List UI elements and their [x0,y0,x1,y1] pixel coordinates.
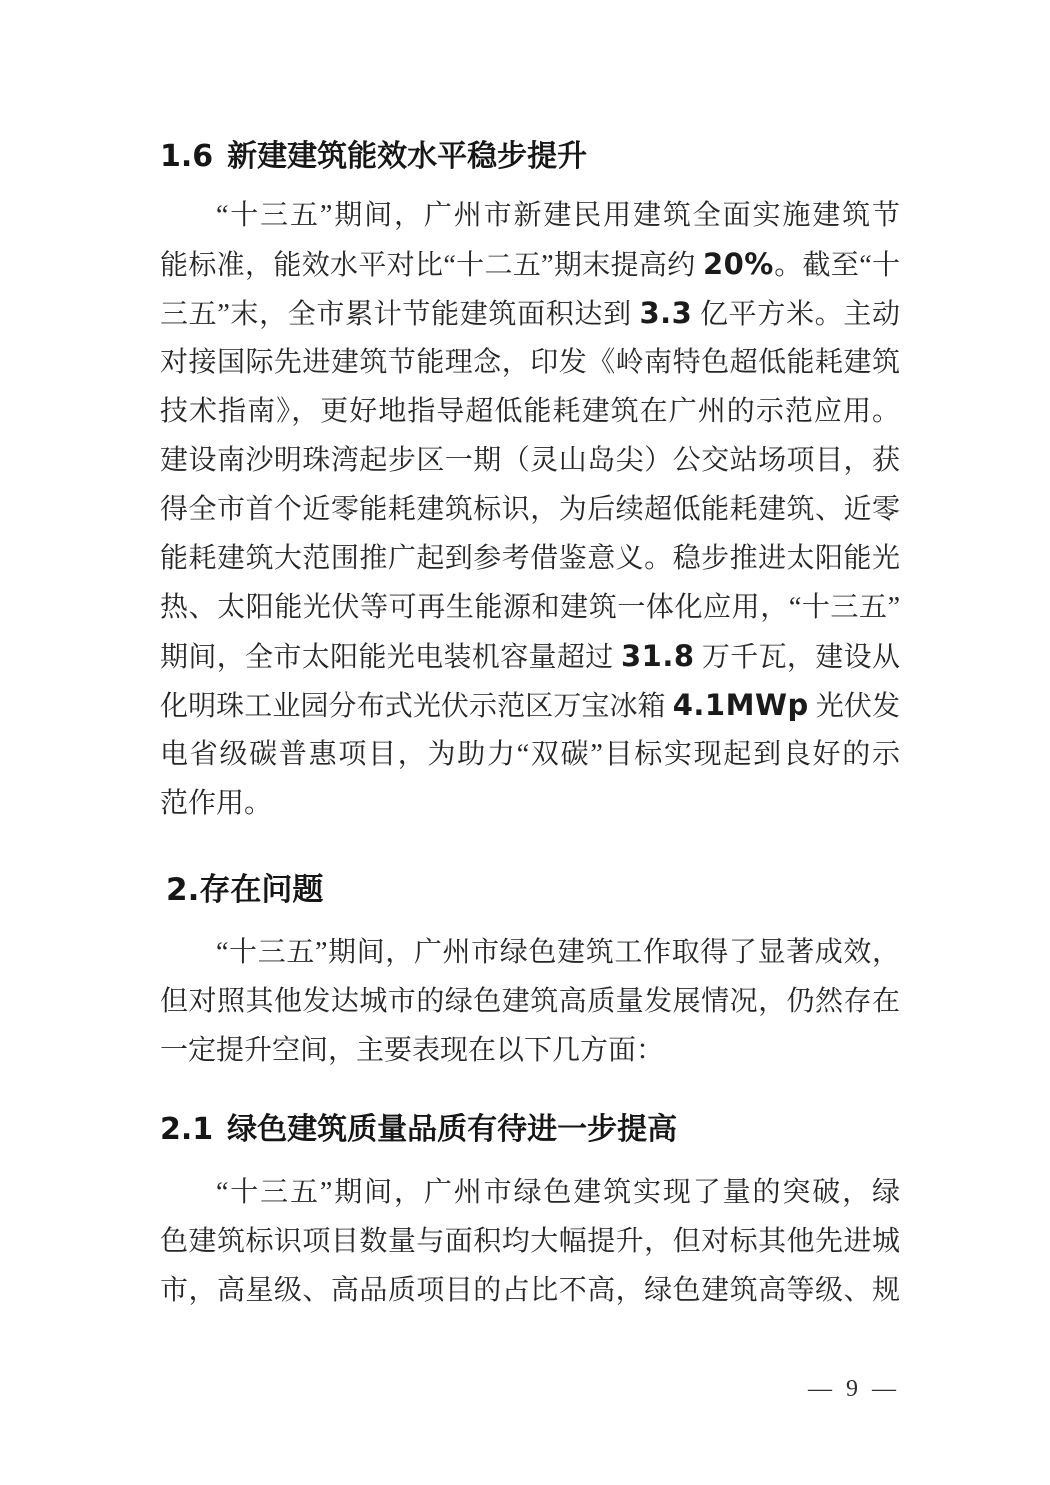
heading-number: 2. [166,872,199,908]
text-run: “十三五”期间，广州市绿色建筑工作取得了显著成效， [216,937,900,968]
paragraph-existing-problems-intro: “十三五”期间，广州市绿色建筑工作取得了显著成效，但对照其他发达城市的绿色建筑高… [160,928,900,1075]
text-line: 三五”末，全市累计节能建筑面积达到 3.3 亿平方米。主动 [160,289,900,338]
text-line: 但对照其他发达城市的绿色建筑高质量发展情况，仍然存在 [160,977,900,1026]
text-line: 建设南沙明珠湾起步区一期（灵山岛尖）公交站场项目，获 [160,436,900,485]
text-line: “十三五”期间，广州市新建民用建筑全面实施建筑节 [160,191,900,240]
emphasized-number: 3.3 [639,296,692,330]
document-page: 1.6新建建筑能效水平稳步提升 “十三五”期间，广州市新建民用建筑全面实施建筑节… [0,0,1050,1485]
text-line: 色建筑标识项目数量与面积均大幅提升，但对标其他先进城 [160,1217,900,1266]
emphasized-number: 4.1MWp [673,688,809,722]
text-line: 化明珠工业园分布式光伏示范区万宝冰箱 4.1MWp 光伏发 [160,681,900,730]
heading-title: 绿色建筑质量品质有待进一步提高 [227,1113,677,1146]
text-line: “十三五”期间，广州市绿色建筑实现了量的突破，绿 [160,1168,900,1217]
section-heading-2: 2.存在问题 [166,871,323,909]
text-line: 得全市首个近零能耗建筑标识，为后续超低能耗建筑、近零 [160,485,900,534]
text-run: 化明珠工业园分布式光伏示范区万宝冰箱 [160,691,673,722]
emphasized-number: 20% [703,247,774,281]
text-run: “十三五”期间，广州市新建民用建筑全面实施建筑节 [216,200,900,231]
text-line: 电省级碳普惠项目，为助力“双碳”目标实现起到良好的示 [160,730,900,779]
text-run: 亿平方米。主动 [692,299,900,330]
text-line: 技术指南》，更好地指导超低能耗建筑在广州的示范应用。 [160,387,900,436]
text-run: 能耗建筑大范围推广起到参考借鉴意义。稳步推进太阳能光 [160,543,900,574]
text-line: 能标准，能效水平对比“十二五”期末提高约 20%。截至“十 [160,240,900,289]
text-line: 对接国际先进建筑节能理念，印发《岭南特色超低能耗建筑 [160,338,900,387]
text-line: 能耗建筑大范围推广起到参考借鉴意义。稳步推进太阳能光 [160,534,900,583]
paragraph-quality-improvement: “十三五”期间，广州市绿色建筑实现了量的突破，绿色建筑标识项目数量与面积均大幅提… [160,1168,900,1315]
emphasized-number: 31.8 [621,639,695,673]
text-run: 建设南沙明珠湾起步区一期（灵山岛尖）公交站场项目，获 [160,445,900,476]
text-line: 热、太阳能光伏等可再生能源和建筑一体化应用，“十三五” [160,583,900,632]
text-line: “十三五”期间，广州市绿色建筑工作取得了显著成效， [160,928,900,977]
text-run: 对接国际先进建筑节能理念，印发《岭南特色超低能耗建筑 [160,347,900,378]
text-run: 。截至“十 [774,250,900,281]
text-run: 能标准，能效水平对比“十二五”期末提高约 [160,250,703,281]
text-run: “十三五”期间，广州市绿色建筑实现了量的突破，绿 [216,1177,900,1208]
text-run: 期间，全市太阳能光电装机容量超过 [160,642,621,673]
text-run: 技术指南》，更好地指导超低能耗建筑在广州的示范应用。 [160,396,900,427]
text-run: 范作用。 [160,788,272,819]
heading-title: 新建建筑能效水平稳步提升 [227,140,587,173]
text-run: 一定提升空间，主要表现在以下几方面： [160,1035,664,1066]
text-run: 得全市首个近零能耗建筑标识，为后续超低能耗建筑、近零 [160,494,900,525]
heading-title: 存在问题 [199,872,323,907]
section-heading-2-1: 2.1绿色建筑质量品质有待进一步提高 [160,1111,677,1149]
text-run: 三五”末，全市累计节能建筑面积达到 [160,299,639,330]
text-line: 期间，全市太阳能光电装机容量超过 31.8 万千瓦，建设从 [160,632,900,681]
text-line: 一定提升空间，主要表现在以下几方面： [160,1026,900,1075]
text-line: 范作用。 [160,779,900,828]
text-run: 电省级碳普惠项目，为助力“双碳”目标实现起到良好的示 [160,739,900,770]
heading-number: 2.1 [160,1112,213,1147]
text-run: 色建筑标识项目数量与面积均大幅提升，但对标其他先进城 [160,1226,900,1257]
section-heading-1-6: 1.6新建建筑能效水平稳步提升 [160,138,587,176]
text-run: 市，高星级、高品质项目的占比不高，绿色建筑高等级、规 [160,1275,900,1306]
text-run: 热、太阳能光伏等可再生能源和建筑一体化应用，“十三五” [160,592,900,623]
page-number: — 9 — [700,1376,900,1403]
text-run: 万千瓦，建设从 [695,642,900,673]
text-run: 但对照其他发达城市的绿色建筑高质量发展情况，仍然存在 [160,986,900,1017]
heading-number: 1.6 [160,139,213,174]
paragraph-energy-efficiency: “十三五”期间，广州市新建民用建筑全面实施建筑节能标准，能效水平对比“十二五”期… [160,191,900,828]
text-line: 市，高星级、高品质项目的占比不高，绿色建筑高等级、规 [160,1266,900,1315]
text-run: 光伏发 [809,691,900,722]
